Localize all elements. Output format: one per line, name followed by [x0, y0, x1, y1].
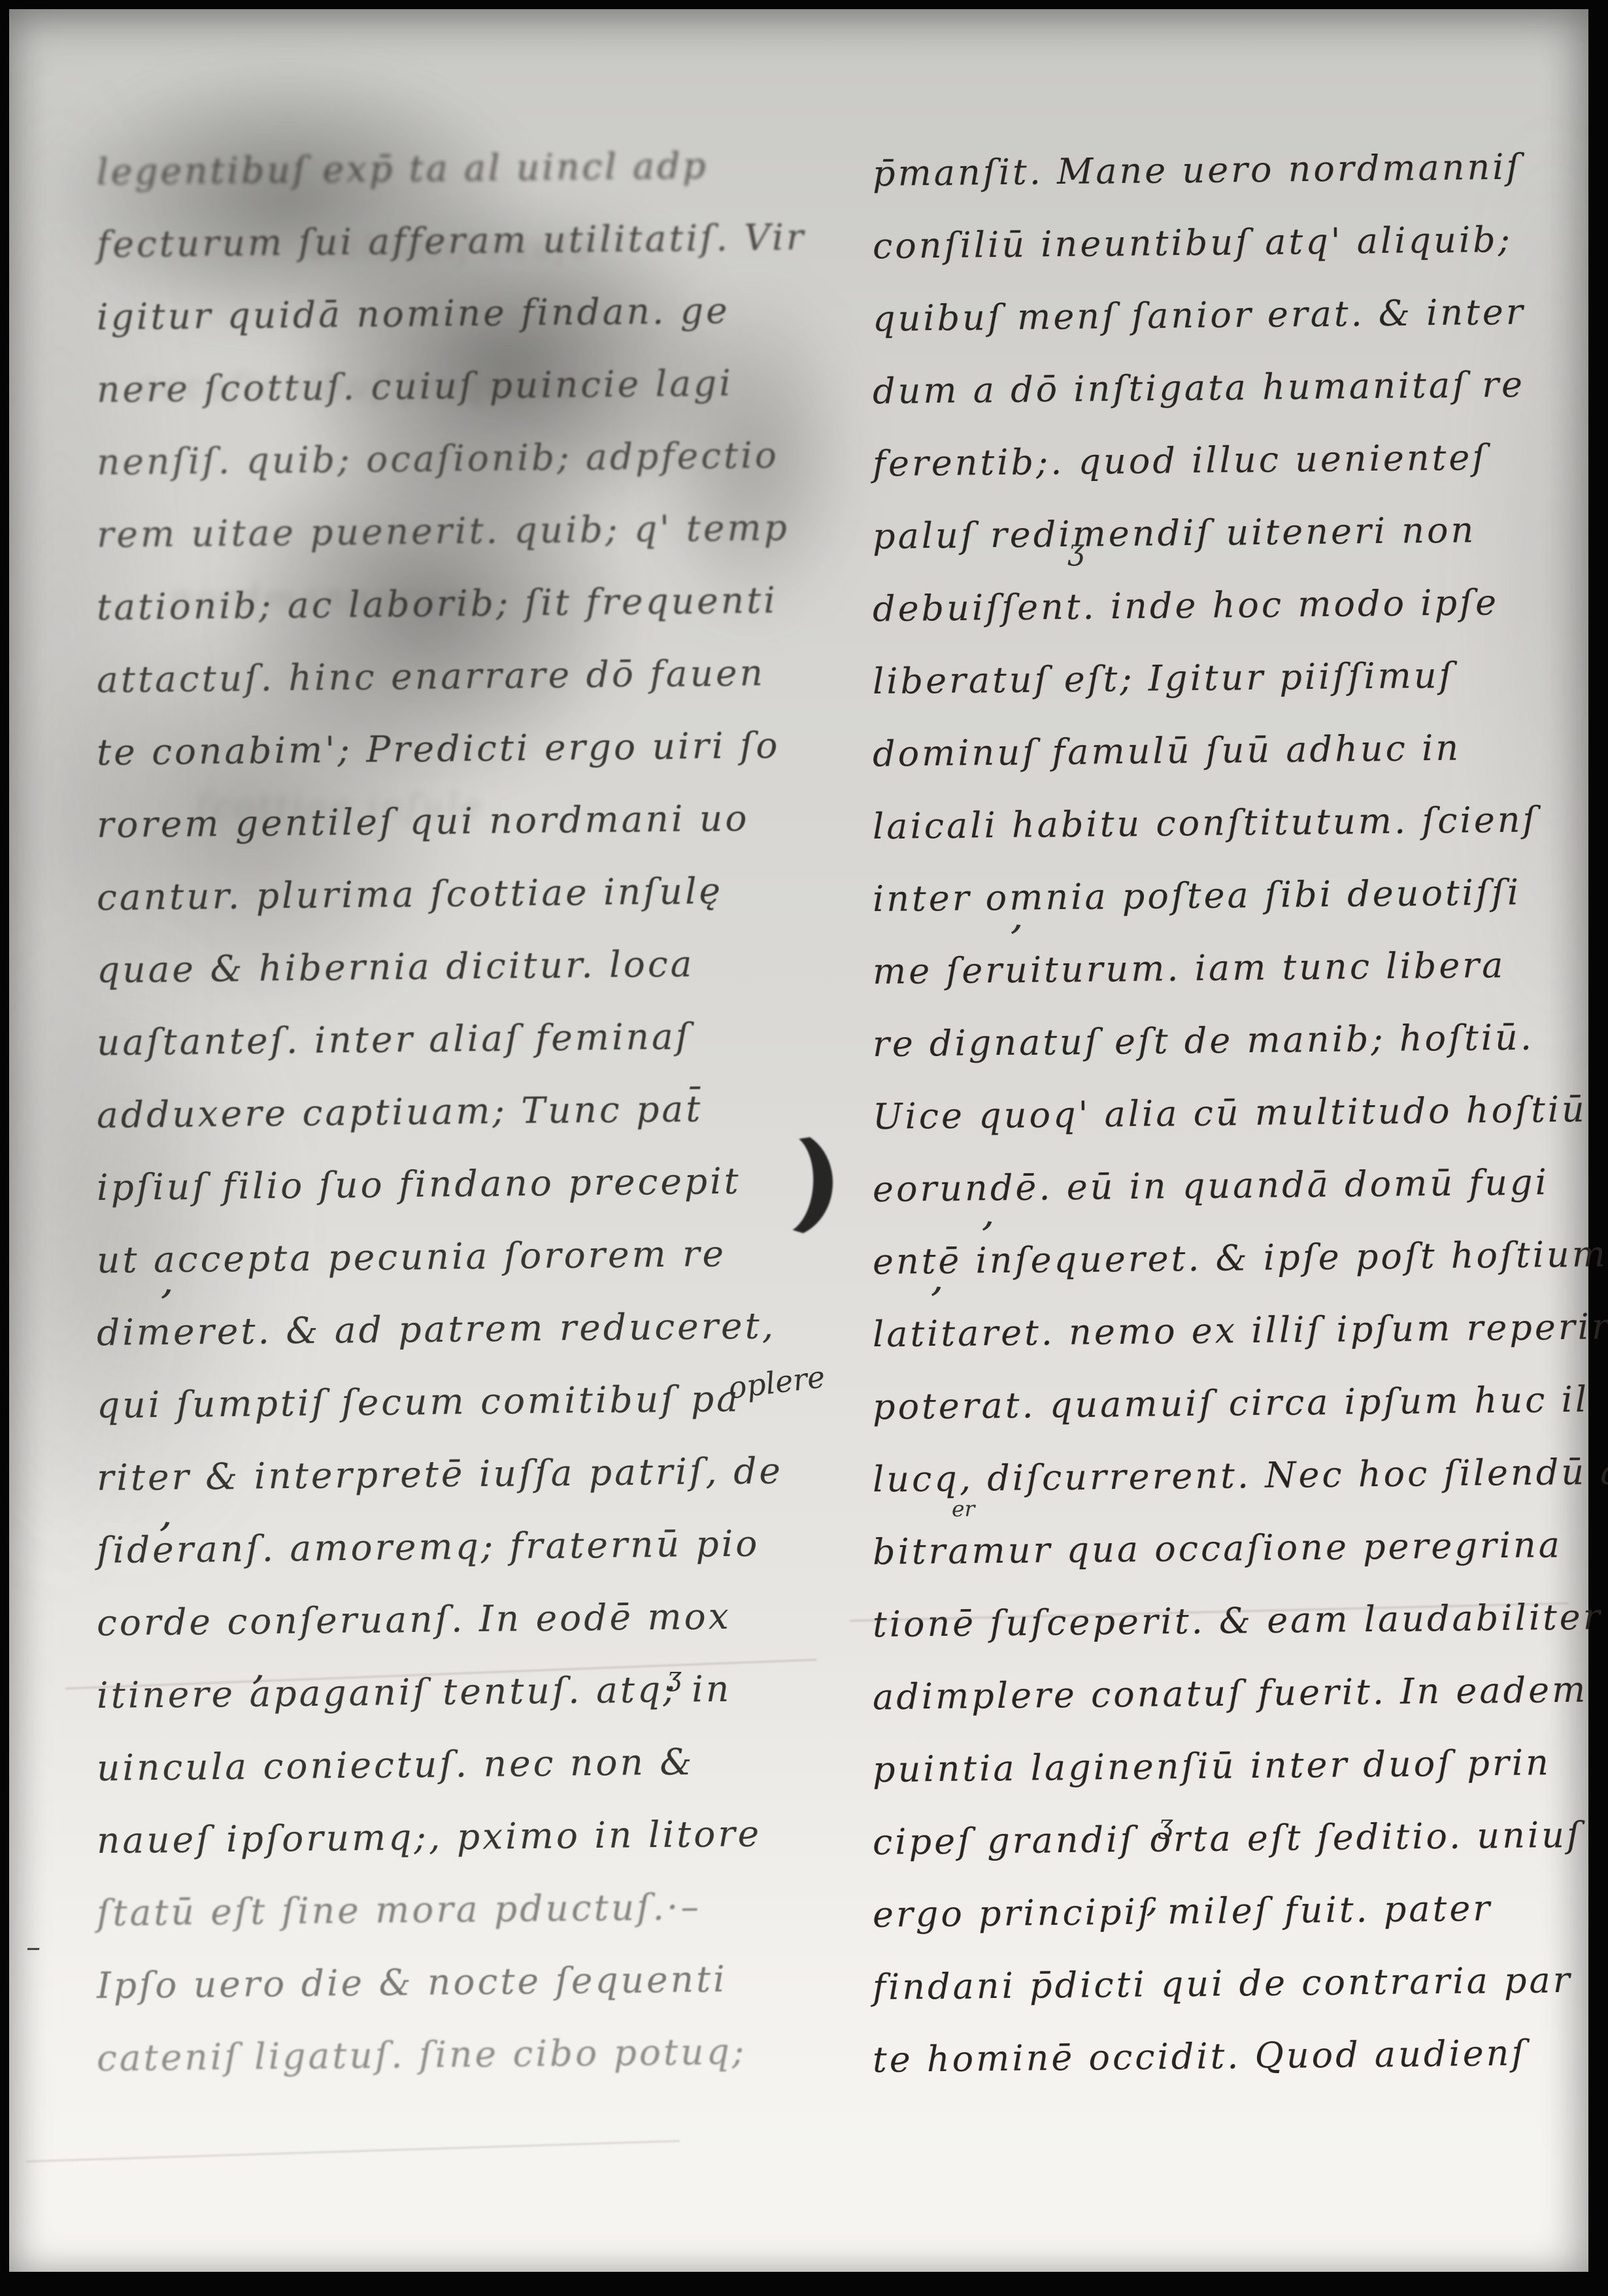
- manuscript-line: eorundē. eū in quandā domū fugi: [872, 1145, 1598, 1225]
- right-column: p̄manſit. Mane uero nordmanniſconſiliū i…: [873, 137, 1598, 2096]
- manuscript-line: legentibuſ exp̄ ta al uincl adp: [96, 128, 790, 208]
- manuscript-line: cipeſ grandiſ orta eſt ſeditio. uniuſ: [872, 1798, 1598, 1878]
- manuscript-line: igitur quidā nomine findan. ge: [96, 273, 790, 353]
- manuscript-line: bitramur qua occaſione peregrina: [872, 1508, 1598, 1588]
- manuscript-line: ſtatū eſt ſine mora pductuſ.·–: [96, 1869, 790, 1949]
- manuscript-line: debuiſſent. inde hoc modo ipſe: [872, 565, 1598, 645]
- photo-frame: utilitatiſ cauſaoccaſionibuſ frequentino…: [0, 0, 1608, 2296]
- manuscript-line: rorem gentileſ qui nordmani uo: [96, 781, 790, 861]
- manuscript-line: rem uitae puenerit. quib; q' temp: [96, 491, 790, 571]
- manuscript-line: cantur. plurima ſcottiae inſulę: [96, 854, 790, 933]
- manuscript-line: fecturum ſui afferam utilitatiſ. Vir: [96, 201, 790, 280]
- manuscript-line: entē inſequeret. & ipſe poſt hoſtium: [872, 1218, 1598, 1298]
- manuscript-line: uincula coniectuſ. nec non &: [96, 1724, 790, 1804]
- manuscript-line: liberatuſ eſt; Igitur piiſſimuſ: [872, 637, 1598, 718]
- manuscript-line: adimplere conatuſ fuerit. In eadem: [872, 1653, 1598, 1733]
- manuscript-line: paluſ redimendiſ uiteneri non: [872, 492, 1598, 573]
- manuscript-line: cateniſ ligatuſ. ſine cibo potuq;: [96, 2014, 790, 2094]
- manuscript-line: dimeret. & ad patrem reduceret,: [96, 1289, 790, 1369]
- manuscript-line: ergo principiſ mileſ fuit. pater: [872, 1871, 1598, 1951]
- manuscript-line: dominuſ famulū ſuū adhuc in: [872, 710, 1598, 790]
- manuscript-line: poterat. quamuiſ circa ipſum huc il: [872, 1363, 1598, 1443]
- manuscript-line: findani p̄dicti qui de contraria par: [872, 1943, 1598, 2023]
- manuscript-line: attactuſ. hinc enarrare dō fauen: [96, 636, 790, 716]
- manuscript-line: ipſiuſ filio ſuo findano precepit: [96, 1144, 790, 1223]
- manuscript-line: conſiliū ineuntibuſ atq' aliquib;: [872, 202, 1598, 282]
- manuscript-line: te conabim'; Predicti ergo uiri ſo: [96, 708, 790, 788]
- manuscript-line: latitaret. nemo ex illiſ ipſum reperire: [872, 1290, 1598, 1371]
- manuscript-line: ſideranſ. amoremq; fraternū pio: [96, 1506, 790, 1586]
- manuscript-line: me ſeruiturum. iam tunc libera: [872, 927, 1598, 1008]
- manuscript-line: ferentib;. quod illuc uenienteſ: [872, 420, 1598, 500]
- manuscript-line: riter & interpretē iuſſa patriſ, de: [96, 1434, 790, 1514]
- manuscript-line: puintia laginenſiū inter duoſ prin: [872, 1725, 1598, 1806]
- manuscript-line: tationib; ac laborib; ſit frequenti: [96, 563, 790, 643]
- manuscript-line: dum a dō inſtigata humanitaſ re: [872, 347, 1598, 427]
- manuscript-line: quibuſ menſ ſanior erat. & inter: [872, 275, 1598, 355]
- manuscript-line: te hominē occidit. Quod audienſ: [872, 2016, 1598, 2096]
- manuscript-line: uaſtanteſ. inter aliaſ feminaſ: [96, 999, 790, 1078]
- left-column: legentibuſ exp̄ ta al uincl adpfecturum …: [97, 135, 790, 2094]
- manuscript-line: lucq, diſcurrerent. Nec hoc ſilendū ar: [872, 1435, 1598, 1516]
- manuscript-line: Uice quoq' alia cū multitudo hoſtiū: [872, 1073, 1598, 1153]
- manuscript-line: inter omnia poſtea ſibi deuotiſſi: [872, 855, 1598, 935]
- manuscript-line: nere ſcottuſ. cuiuſ puincie lagi: [96, 346, 790, 425]
- manuscript-line: laicali habitu conſtitutum. ſcienſ: [872, 782, 1598, 863]
- manuscript-line: corde conſeruanſ. In eodē mox: [96, 1579, 790, 1659]
- manuscript-line: ut accepta pecunia ſororem re: [96, 1216, 790, 1296]
- manuscript-line: adduxere captiuam; Tunc pat̄: [96, 1071, 790, 1151]
- manuscript-line: quae & hibernia dicitur. loca: [96, 926, 790, 1006]
- manuscript-line: qui ſumptiſ ſecum comitibuſ pa: [96, 1361, 790, 1441]
- manuscript-line: re dignatuſ eſt de manib; hoſtiū.: [872, 1000, 1598, 1080]
- manuscript-line: p̄manſit. Mane uero nordmanniſ: [872, 129, 1598, 210]
- manuscript-line: Ipſo uero die & nocte ſequenti: [96, 1942, 790, 2021]
- manuscript-line: naueſ ipſorumq;, pximo in litore: [96, 1797, 790, 1876]
- manuscript-line: nenſiſ. quib; ocaſionib; adpfectio: [96, 418, 790, 498]
- manuscript-line: tionē ſuſceperit. & eam laudabiliter: [872, 1580, 1598, 1661]
